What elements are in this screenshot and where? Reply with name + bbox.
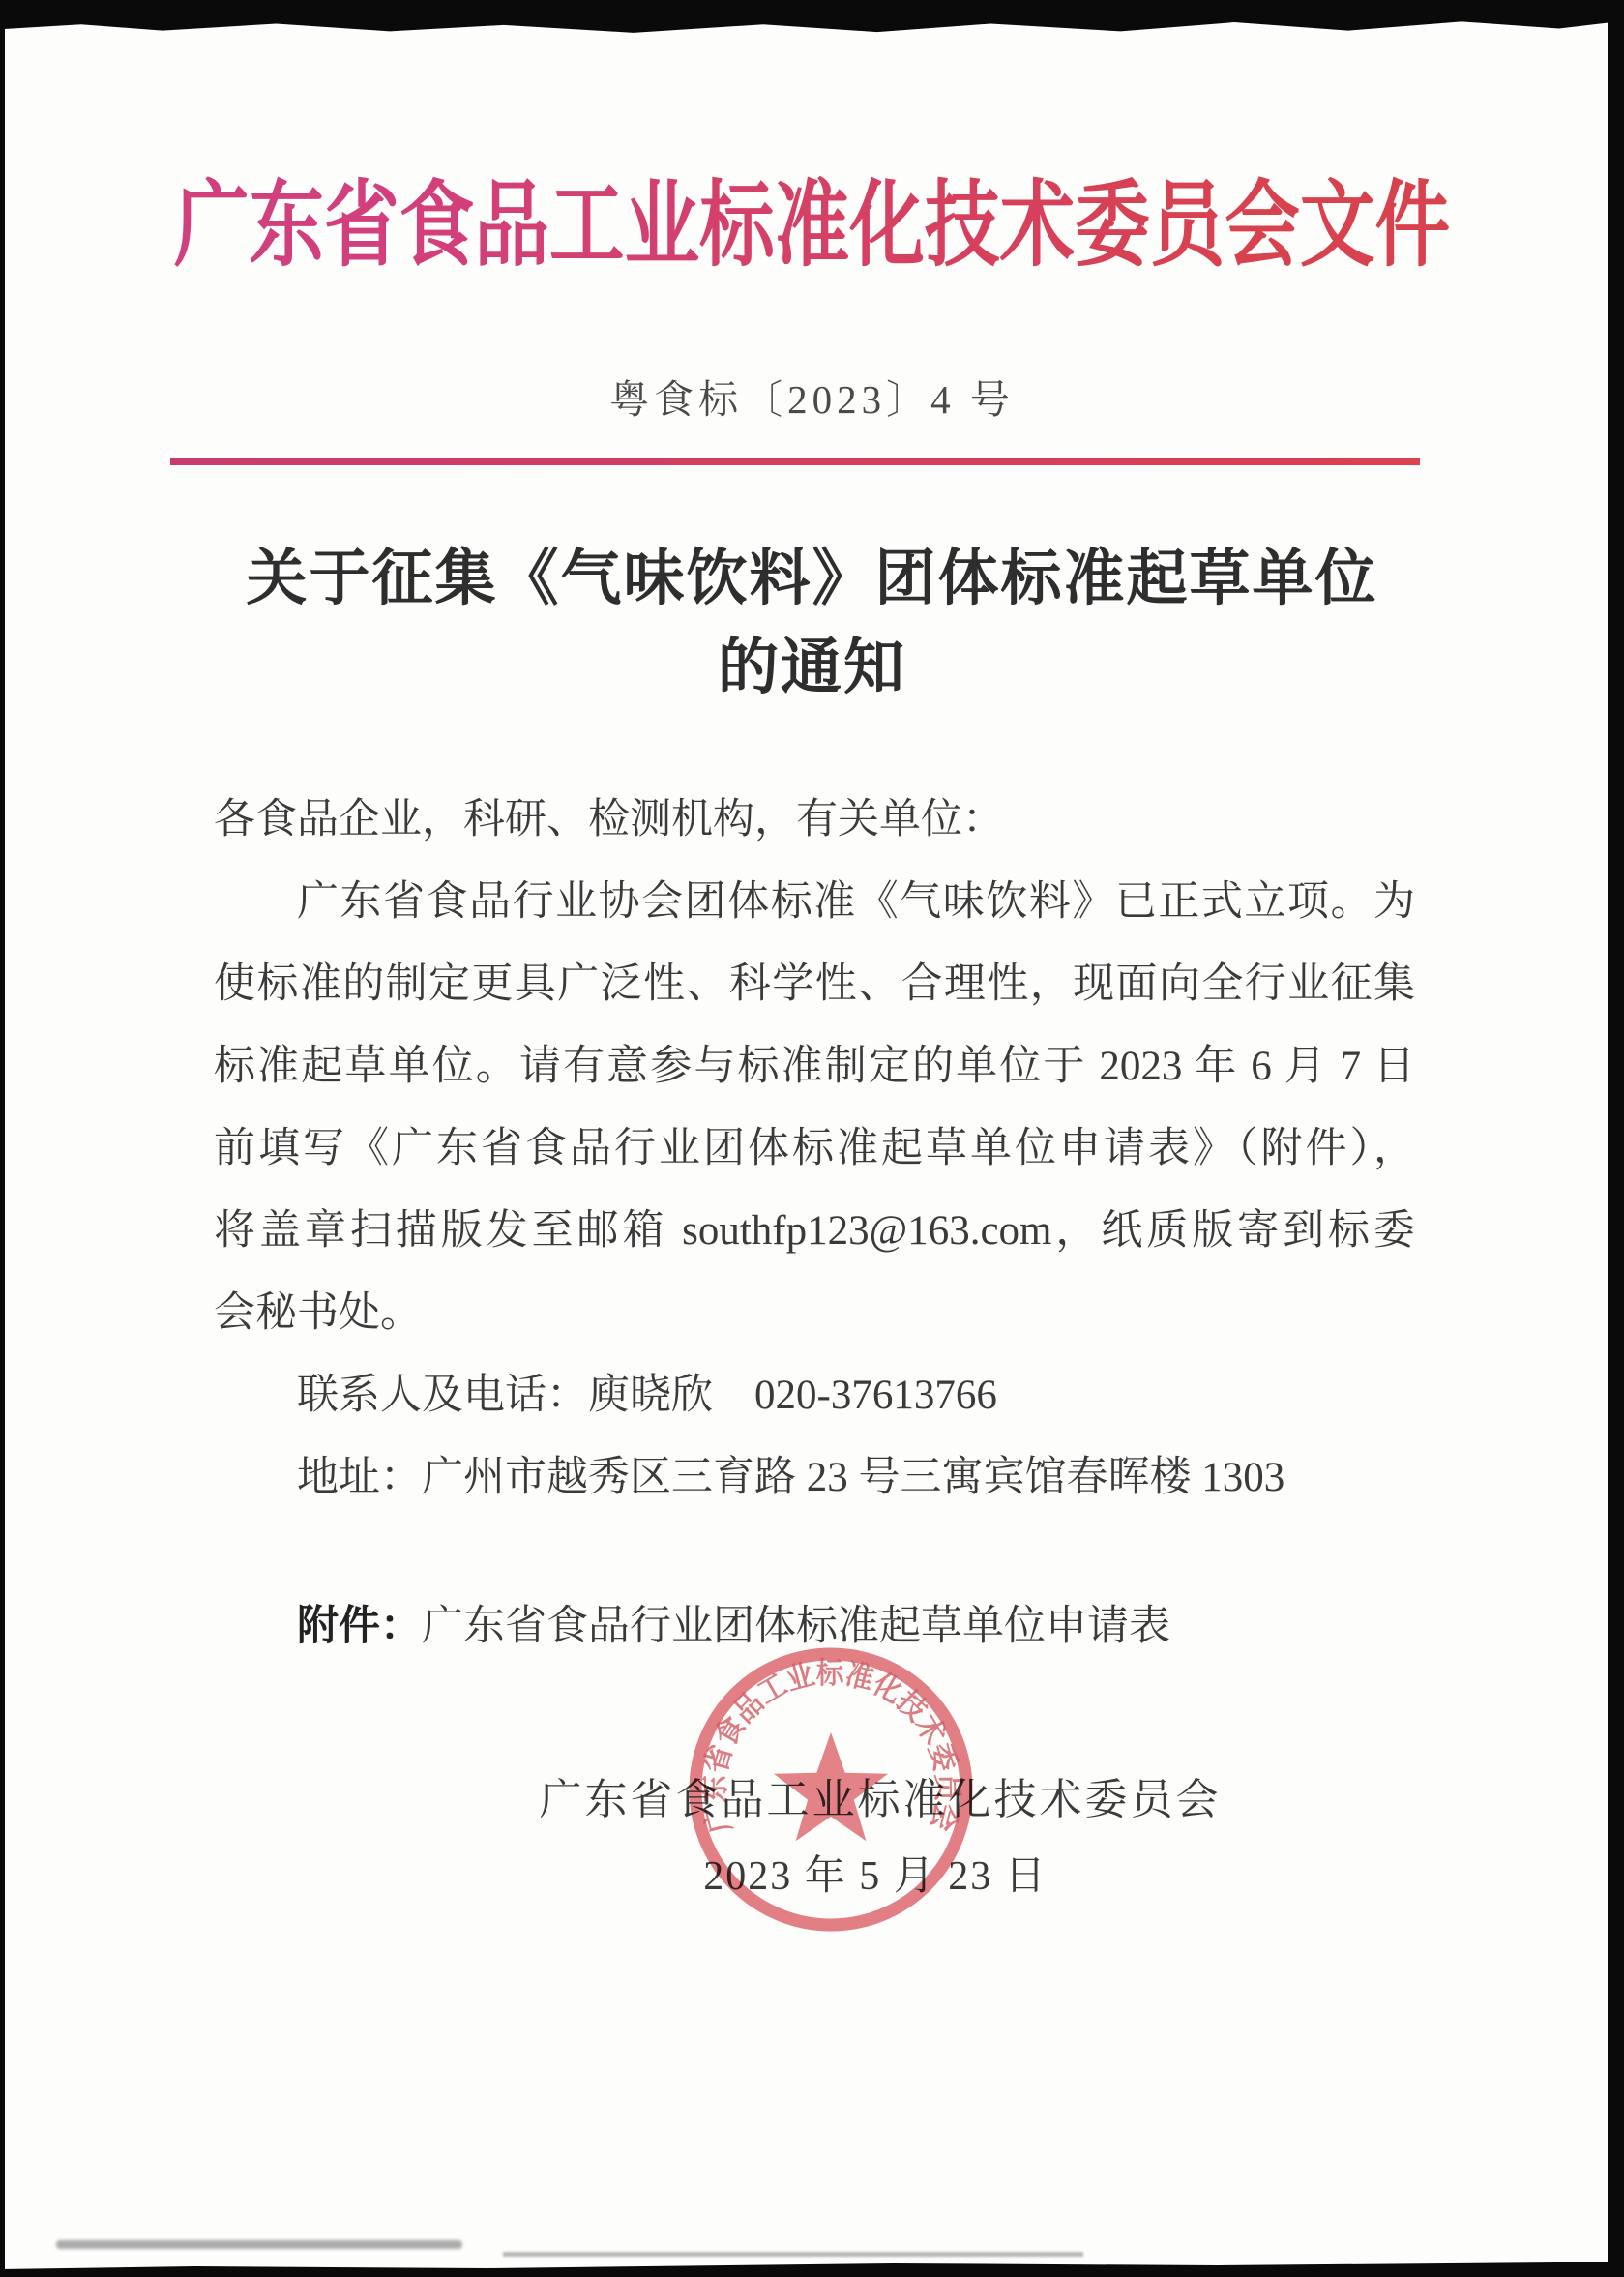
scan-border-left [0, 0, 5, 2277]
attachment-text: 广东省食品行业团体标准起草单位申请表 [422, 1604, 1170, 1649]
attachment-line: 附件：广东省食品行业团体标准起草单位申请表 [214, 1598, 1415, 1656]
address-line: 地址：广州市越秀区三育路 23 号三寓宾馆春晖楼 1303 [214, 1436, 1415, 1519]
contact-line: 联系人及电话：庾晓欣 020-37613766 [214, 1354, 1415, 1436]
document-number: 粤食标〔2023〕4 号 [0, 368, 1624, 425]
paragraph-line: 标准起草单位。请有意参与标准制定的单位于 2023 年 6 月 7 日 [214, 1025, 1415, 1108]
notice-title: 关于征集《气味饮料》团体标准起草单位 的通知 [0, 534, 1624, 712]
scan-border-right [1608, 0, 1624, 2277]
scan-smudge [503, 2252, 1083, 2257]
letterhead-title: 广东省食品工业标准化技术委员会文件 [0, 172, 1624, 281]
scan-border-bottom [0, 2258, 1624, 2277]
paragraph-line: 广东省食品行业协会团体标准《气味饮料》已正式立项。为 [214, 861, 1415, 943]
notice-title-line2: 的通知 [0, 623, 1624, 712]
scan-smudge [56, 2240, 462, 2249]
signature-organization: 广东省食品工业标准化技术委员会 [379, 1764, 1381, 1826]
salutation-line: 各食品企业，科研、检测机构，有关单位： [214, 779, 1415, 861]
attachment-label: 附件： [297, 1604, 422, 1649]
notice-title-line1: 关于征集《气味饮料》团体标准起草单位 [0, 534, 1624, 623]
body-text: 各食品企业，科研、检测机构，有关单位： 广东省食品行业协会团体标准《气味饮料》已… [214, 779, 1415, 1519]
red-separator-line [170, 458, 1420, 465]
paragraph-line: 将盖章扫描版发至邮箱 southfp123@163.com，纸质版寄到标委 [214, 1190, 1415, 1272]
paragraph-line: 使标准的制定更具广泛性、科学性、合理性，现面向全行业征集 [214, 943, 1415, 1025]
letterhead-title-text: 广东省食品工业标准化技术委员会文件 [174, 172, 1450, 281]
paragraph-line: 会秘书处。 [214, 1272, 1415, 1354]
document-page: 广东省食品工业标准化技术委员会文件 粤食标〔2023〕4 号 关于征集《气味饮料… [0, 0, 1624, 2277]
signature-date: 2023 年 5 月 23 日 [377, 1844, 1373, 1902]
scan-border-top [0, 0, 1624, 35]
paragraph-line: 前填写《广东省食品行业团体标准起草单位申请表》（附件）， [214, 1108, 1415, 1190]
